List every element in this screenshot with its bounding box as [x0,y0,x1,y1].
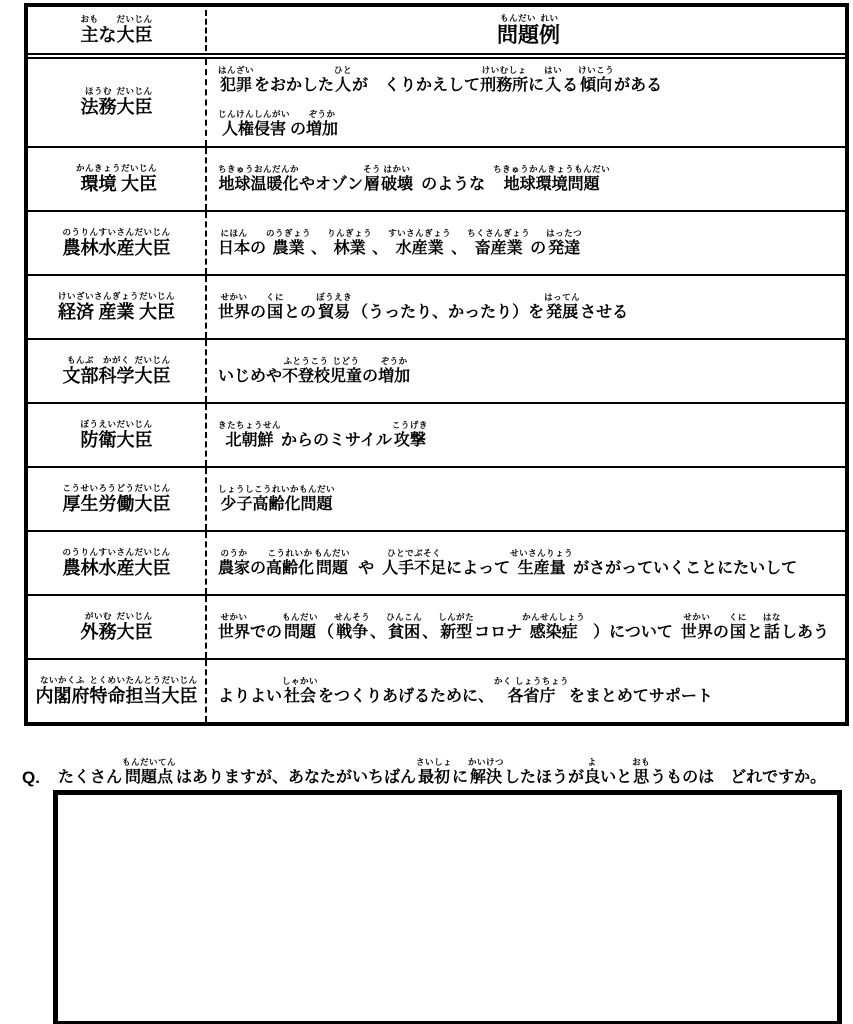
problem-cell: きたちょうせん北朝鮮 からのミサイルこうげき攻撃 [207,404,845,466]
table-row: けいざい経済さんぎょう産業だいじん大臣 せかい世界 のくに国 とのぼうえき貿易 … [28,274,845,338]
problem-cell: ちきゅうおんだんか地球温暖化 やオゾンそう層はかい破壊 のような ちきゅうかんき… [207,148,845,210]
minister-name: かんきょう環境だいじん大臣 [76,163,157,196]
problem-text: きたちょうせん北朝鮮 からのミサイルこうげき攻撃 [218,420,428,451]
problem-cell: にほん日本 ののうぎょう農業 、りんぎょう林業 、すいさんぎょう水産業 、ちくさ… [207,212,845,274]
problem-text: はんざい犯罪 をおかしたひと人 が くりかえしてけいむしょ刑務所 にはい入 るけ… [218,65,662,96]
problem-lines: しょうしこうれいかもんだい少子高齢化問題 [218,484,335,515]
table-row: のうりんすいさんだいじん農林水産大臣 にほん日本 ののうぎょう農業 、りんぎょう… [28,210,845,274]
minister-name: ないかくふ内閣府とくめい特命たんとう担当だいじん大臣 [35,675,197,708]
question-label: Q. [22,767,40,788]
minister-cell: ほうむ法務だいじん大臣 [28,59,207,146]
table-row: のうりん農林すいさん水産だいじん大臣 のうか農家 のこうれいか高齢化もんだい問題… [28,530,845,594]
minister-name: けいざい経済さんぎょう産業だいじん大臣 [58,291,175,324]
problem-text: しょうしこうれいかもんだい少子高齢化問題 [218,484,335,515]
header-main-ministers: おも主 なだいじん大臣 [28,10,207,51]
minister-name: もんぶ文部かがく科学だいじん大臣 [62,355,170,388]
minister-name: のうりん農林すいさん水産だいじん大臣 [62,547,170,580]
problem-lines: よりよいしゃかい社会 をつくりあげるために、かく しょうちょう各省庁 をまとめて… [218,676,713,707]
problem-lines: せかい世界 のくに国 とのぼうえき貿易 （うったり、かったり）をはってん発展 さ… [218,292,628,323]
minister-cell: かんきょう環境だいじん大臣 [28,148,207,210]
table-row: ないかくふ内閣府とくめい特命たんとう担当だいじん大臣 よりよいしゃかい社会 をつ… [28,658,845,722]
problem-text: のうか農家 のこうれいか高齢化もんだい問題 や ひとでぶそく人手不足 によってせ… [218,548,797,579]
table-row: こうせいろうどう厚生労働だいじん大臣 しょうしこうれいかもんだい少子高齢化問題 [28,466,845,530]
problem-text: いじめやふとうこう不登校じどう児童 のぞうか増加 [218,356,410,387]
problem-text: ちきゅうおんだんか地球温暖化 やオゾンそう層はかい破壊 のような ちきゅうかんき… [218,164,610,195]
answer-box[interactable] [53,790,842,1024]
problem-text: よりよいしゃかい社会 をつくりあげるために、かく しょうちょう各省庁 をまとめて… [218,676,713,707]
minister-cell: こうせいろうどう厚生労働だいじん大臣 [28,468,207,530]
problem-cell: いじめやふとうこう不登校じどう児童 のぞうか増加 [207,340,845,402]
header-main-ministers-label: おも主 なだいじん大臣 [80,14,152,47]
problem-lines: ちきゅうおんだんか地球温暖化 やオゾンそう層はかい破壊 のような ちきゅうかんき… [218,164,610,195]
question-row: Q. たくさんもんだいてん問題点 はありますが、あなたがいちばんさいしょ最初 に… [22,757,853,788]
problem-lines: せかい世界 でのもんだい問題 （せんそう戦争 、ひんこん貧困 、しんがた新型 コ… [218,612,829,643]
minister-name: のうりんすいさんだいじん農林水産大臣 [62,227,170,260]
minister-cell: ないかくふ内閣府とくめい特命たんとう担当だいじん大臣 [28,660,207,722]
minister-cell: もんぶ文部かがく科学だいじん大臣 [28,340,207,402]
problem-lines: にほん日本 ののうぎょう農業 、りんぎょう林業 、すいさんぎょう水産業 、ちくさ… [218,228,582,259]
ministers-table: おも主 なだいじん大臣 もんだい問題れい例 ほうむ法務だいじん大臣 はんざい犯罪… [24,3,849,726]
minister-name: ほうむ法務だいじん大臣 [80,86,152,119]
table-row: もんぶ文部かがく科学だいじん大臣 いじめやふとうこう不登校じどう児童 のぞうか増… [28,338,845,402]
problem-text: せかい世界 でのもんだい問題 （せんそう戦争 、ひんこん貧困 、しんがた新型 コ… [218,612,829,643]
question-text: たくさんもんだいてん問題点 はありますが、あなたがいちばんさいしょ最初 にかいけ… [58,757,826,788]
table-row: がいむ外務だいじん大臣 せかい世界 でのもんだい問題 （せんそう戦争 、ひんこん… [28,594,845,658]
problem-text: せかい世界 のくに国 とのぼうえき貿易 （うったり、かったり）をはってん発展 さ… [218,292,628,323]
minister-name: こうせいろうどう厚生労働だいじん大臣 [62,483,170,516]
problem-lines: きたちょうせん北朝鮮 からのミサイルこうげき攻撃 [218,420,428,451]
minister-name: がいむ外務だいじん大臣 [80,611,152,644]
table-body: ほうむ法務だいじん大臣 はんざい犯罪 をおかしたひと人 が くりかえしてけいむし… [28,59,845,722]
table-header-row: おも主 なだいじん大臣 もんだい問題れい例 [28,7,845,59]
problem-lines: のうか農家 のこうれいか高齢化もんだい問題 や ひとでぶそく人手不足 によってせ… [218,548,797,579]
problem-lines: はんざい犯罪 をおかしたひと人 が くりかえしてけいむしょ刑務所 にはい入 るけ… [218,65,662,140]
problem-cell: のうか農家 のこうれいか高齢化もんだい問題 や ひとでぶそく人手不足 によってせ… [207,532,845,594]
problem-cell: せかい世界 のくに国 とのぼうえき貿易 （うったり、かったり）をはってん発展 さ… [207,276,845,338]
minister-cell: のうりん農林すいさん水産だいじん大臣 [28,532,207,594]
problem-cell: しょうしこうれいかもんだい少子高齢化問題 [207,468,845,530]
header-problem-examples-label: もんだい問題れい例 [497,13,560,48]
problem-cell: よりよいしゃかい社会 をつくりあげるために、かく しょうちょう各省庁 をまとめて… [207,660,845,722]
problem-text: じんけんしんがい人権侵害 のぞうか増加 [218,109,662,140]
table-row: ほうむ法務だいじん大臣 はんざい犯罪 をおかしたひと人 が くりかえしてけいむし… [28,59,845,146]
problem-lines: いじめやふとうこう不登校じどう児童 のぞうか増加 [218,356,410,387]
table-row: かんきょう環境だいじん大臣 ちきゅうおんだんか地球温暖化 やオゾンそう層はかい破… [28,146,845,210]
table-row: ぼうえい防衛だいじん大臣 きたちょうせん北朝鮮 からのミサイルこうげき攻撃 [28,402,845,466]
minister-cell: のうりんすいさんだいじん農林水産大臣 [28,212,207,274]
minister-name: ぼうえい防衛だいじん大臣 [80,419,152,452]
minister-cell: がいむ外務だいじん大臣 [28,596,207,658]
problem-text: にほん日本 ののうぎょう農業 、りんぎょう林業 、すいさんぎょう水産業 、ちくさ… [218,228,582,259]
worksheet-page: おも主 なだいじん大臣 もんだい問題れい例 ほうむ法務だいじん大臣 はんざい犯罪… [0,0,853,1024]
minister-cell: けいざい経済さんぎょう産業だいじん大臣 [28,276,207,338]
header-problem-examples: もんだい問題れい例 [207,7,845,54]
problem-cell: はんざい犯罪 をおかしたひと人 が くりかえしてけいむしょ刑務所 にはい入 るけ… [207,59,845,146]
problem-cell: せかい世界 でのもんだい問題 （せんそう戦争 、ひんこん貧困 、しんがた新型 コ… [207,596,845,658]
minister-cell: ぼうえい防衛だいじん大臣 [28,404,207,466]
